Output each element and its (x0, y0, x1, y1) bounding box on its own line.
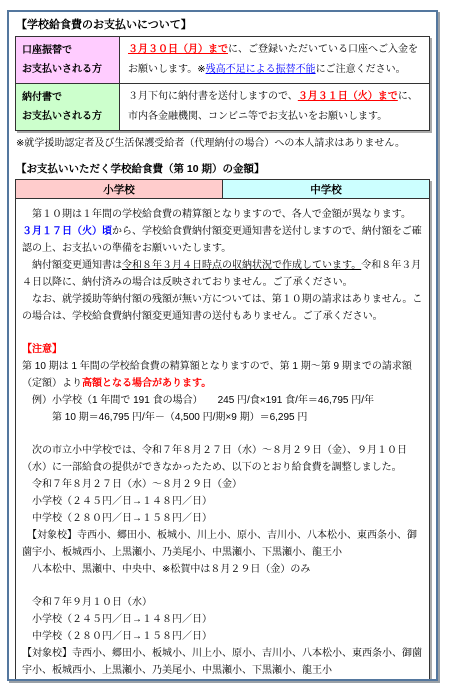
paragraph-settlement: 第１０期は１年間の学校給食費の精算額となりますので、各人で金額が異なります。 (22, 206, 423, 223)
table-body-row: 第１０期は１年間の学校給食費の精算額となりますので、各人で金額が異なります。 ３… (16, 199, 430, 682)
payment-slip-label-line1: 納付書で (22, 92, 62, 103)
document-page: 【学校給食費のお支払いについて】 口座振替で お支払いされる方 ３月３０日（月）… (7, 10, 438, 681)
amount-section-heading: 【お支払いいただく学校給食費（第 10 期）の金額】 (16, 161, 430, 176)
notice-example-line2: 第 10 期＝46,795 円/年－（4,500 円/期×9 期）＝6,295 … (22, 409, 423, 426)
spacer (22, 325, 423, 341)
period1-elementary-rate: 小学校（２４５円／日→１４８円／日） (22, 493, 423, 510)
amount-body-cell: 第１０期は１年間の学校給食費の精算額となりますので、各人で金額が異なります。 ３… (16, 199, 430, 682)
period2-junior-rate: 中学校（２８０円／日→１５８円／日） (22, 628, 423, 645)
spacer (22, 578, 423, 594)
bank-transfer-desc-cell: ３月３０日（月）までに、ご登録いただいている口座へご入金をお願いします。※残高不… (120, 37, 430, 84)
table-header-row: 小学校 中学校 (16, 180, 430, 199)
statement-basis-pre: 納付額変更通知書は (22, 260, 122, 271)
notification-date: ３月１７日（火）頃 (22, 226, 112, 237)
payment-method-table: 口座振替で お支払いされる方 ３月３０日（月）までに、ご登録いただいている口座へ… (15, 36, 430, 131)
spacer (22, 426, 423, 442)
table-row: 納付書で お支払いされる方 ３月下旬に納付書を送付しますので、３月３１日（火）ま… (16, 84, 430, 131)
payment-slip-deadline: ３月３１日（火）まで (298, 91, 398, 102)
period2-target-elementary-schools: 【対象校】寺西小、郷田小、板城小、川上小、原小、吉川小、八本松小、東西条小、御薗… (22, 645, 423, 679)
page-title: 【学校給食費のお支払いについて】 (16, 17, 430, 33)
period1-target-elementary-schools: 【対象校】寺西小、郷田小、板城小、川上小、原小、吉川小、八本松小、東西条小、御薗… (22, 527, 423, 561)
junior-high-header: 中学校 (223, 180, 430, 199)
period1-date: 令和７年８月２７日（水）～８月２９日（金） (22, 476, 423, 493)
bank-transfer-text-b: にご注意ください。 (316, 64, 406, 75)
adjustment-intro: 次の市立小中学校では、令和７年８月２７日（水）～８月２９日（金）、９月１０日（水… (22, 442, 423, 476)
notice-text: 第 10 期は 1 年間の学校給食費の精算額となりますので、第 1 期～第 9 … (22, 361, 412, 389)
payment-slip-text-a: ３月下旬に納付書を送付しますので、 (128, 91, 298, 102)
period1-target-junior-schools: 八本松中、黒瀬中、中央中、※松賀中は８月２９日（金）のみ (22, 561, 423, 578)
period1-junior-rate: 中学校（２８０円／日→１５８円／日） (22, 510, 423, 527)
payment-slip-desc-cell: ３月下旬に納付書を送付しますので、３月３１日（火）までに、市内各金融機関、コンビ… (120, 84, 430, 131)
notice-higher-amount: 高額となる場合があります。 (82, 378, 211, 389)
period2-target-junior-schools: 西条中、向陽中、八本松中、松賀中、黒瀬中、中央中 (22, 679, 423, 681)
notice-paragraph: 第 10 期は 1 年間の学校給食費の精算額となりますので、第 1 期～第 9 … (22, 358, 423, 392)
bank-transfer-label-line1: 口座振替で (22, 45, 72, 56)
paragraph-no-billing: なお、就学援助等納付額の残額が無い方については、第１０期の請求はありません。この… (22, 291, 423, 325)
period2-date: 令和７年９月１０日（水） (22, 594, 423, 611)
notice-example-line1: 例）小学校（1 年間で 191 食の場合） 245 円/食×191 食/年＝46… (22, 392, 423, 409)
amount-table: 小学校 中学校 第１０期は１年間の学校給食費の精算額となりますので、各人で金額が… (15, 179, 430, 681)
elementary-school-header: 小学校 (16, 180, 223, 199)
exemption-note: ※就学援助認定者及び生活保護受給者（代理納付の場合）への本人請求はありません。 (16, 137, 430, 151)
notice-title: 【注意】 (22, 341, 423, 358)
payment-slip-label-cell: 納付書で お支払いされる方 (16, 84, 120, 131)
paragraph-notification: ３月１７日（火）頃から、学校給食費納付額変更通知書を送付しますので、納付額をご確… (22, 223, 423, 257)
bank-transfer-label-cell: 口座振替で お支払いされる方 (16, 37, 120, 84)
bank-transfer-deadline: ３月３０日（月）まで (128, 44, 228, 55)
payment-slip-label-line2: お支払いされる方 (22, 111, 102, 122)
insufficient-balance-warning: 残高不足による振替不能 (206, 64, 316, 75)
period2-elementary-rate: 小学校（２４５円／日→１４８円／日） (22, 611, 423, 628)
bank-transfer-label-line2: お支払いされる方 (22, 64, 102, 75)
statement-basis-underlined: 令和８年３月４日時点の収納状況で作成しています。 (122, 260, 361, 271)
paragraph-statement-basis: 納付額変更通知書は令和８年３月４日時点の収納状況で作成しています。令和８年３月４… (22, 257, 423, 291)
table-row: 口座振替で お支払いされる方 ３月３０日（月）までに、ご登録いただいている口座へ… (16, 37, 430, 84)
